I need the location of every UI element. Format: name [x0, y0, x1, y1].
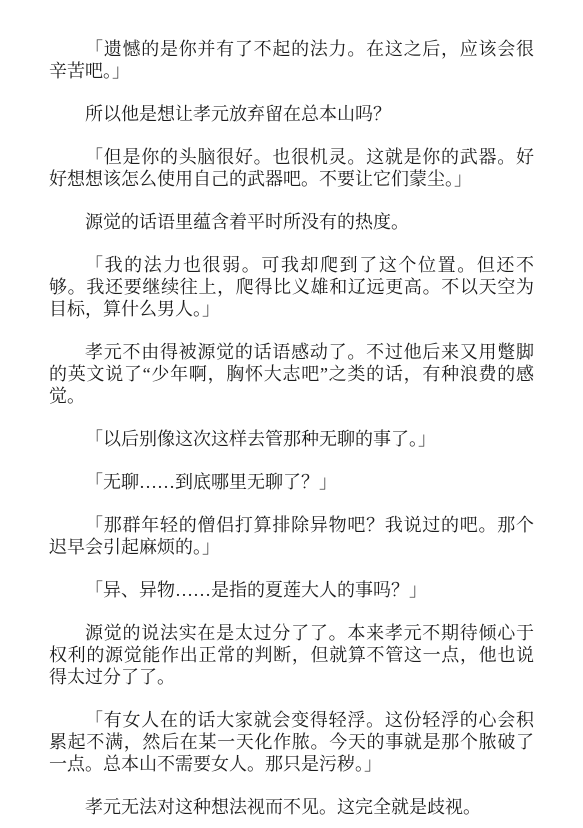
paragraph: 孝元无法对这种想法视而不见。这完全就是歧视。 [49, 796, 534, 818]
paragraph: 「那群年轻的僧侣打算排除异物吧？我说过的吧。那个迟早会引起麻烦的。」 [49, 514, 534, 558]
paragraph: 「但是你的头脑很好。也很机灵。这就是你的武器。好好想想该怎么使用自己的武器吧。不… [49, 146, 534, 190]
paragraph: 「我的法力也很弱。可我却爬到了这个位置。但还不够。我还要继续往上，爬得比义雄和辽… [49, 254, 534, 320]
book-page: 「遗憾的是你并有了不起的法力。在这之后，应该会很辛苦吧。」 所以他是想让孝元放弃… [0, 0, 583, 828]
paragraph: 源觉的说法实在是太过分了了。本来孝元不期待倾心于权利的源觉能作出正常的判断，但就… [49, 622, 534, 688]
paragraph: 源觉的话语里蕴含着平时所没有的热度。 [49, 211, 534, 233]
paragraph: 「异、异物……是指的夏莲大人的事吗？」 [49, 579, 534, 601]
paragraph: 「无聊……到底哪里无聊了？」 [49, 471, 534, 493]
paragraph: 「遗憾的是你并有了不起的法力。在这之后，应该会很辛苦吧。」 [49, 38, 534, 82]
paragraph: 所以他是想让孝元放弃留在总本山吗？ [49, 103, 534, 125]
paragraph: 「以后别像这次这样去管那种无聊的事了。」 [49, 428, 534, 450]
paragraph: 孝元不由得被源觉的话语感动了。不过他后来又用蹩脚的英文说了“少年啊，胸怀大志吧”… [49, 341, 534, 407]
paragraph: 「有女人在的话大家就会变得轻浮。这份轻浮的心会积累起不满，然后在某一天化作脓。今… [49, 709, 534, 775]
